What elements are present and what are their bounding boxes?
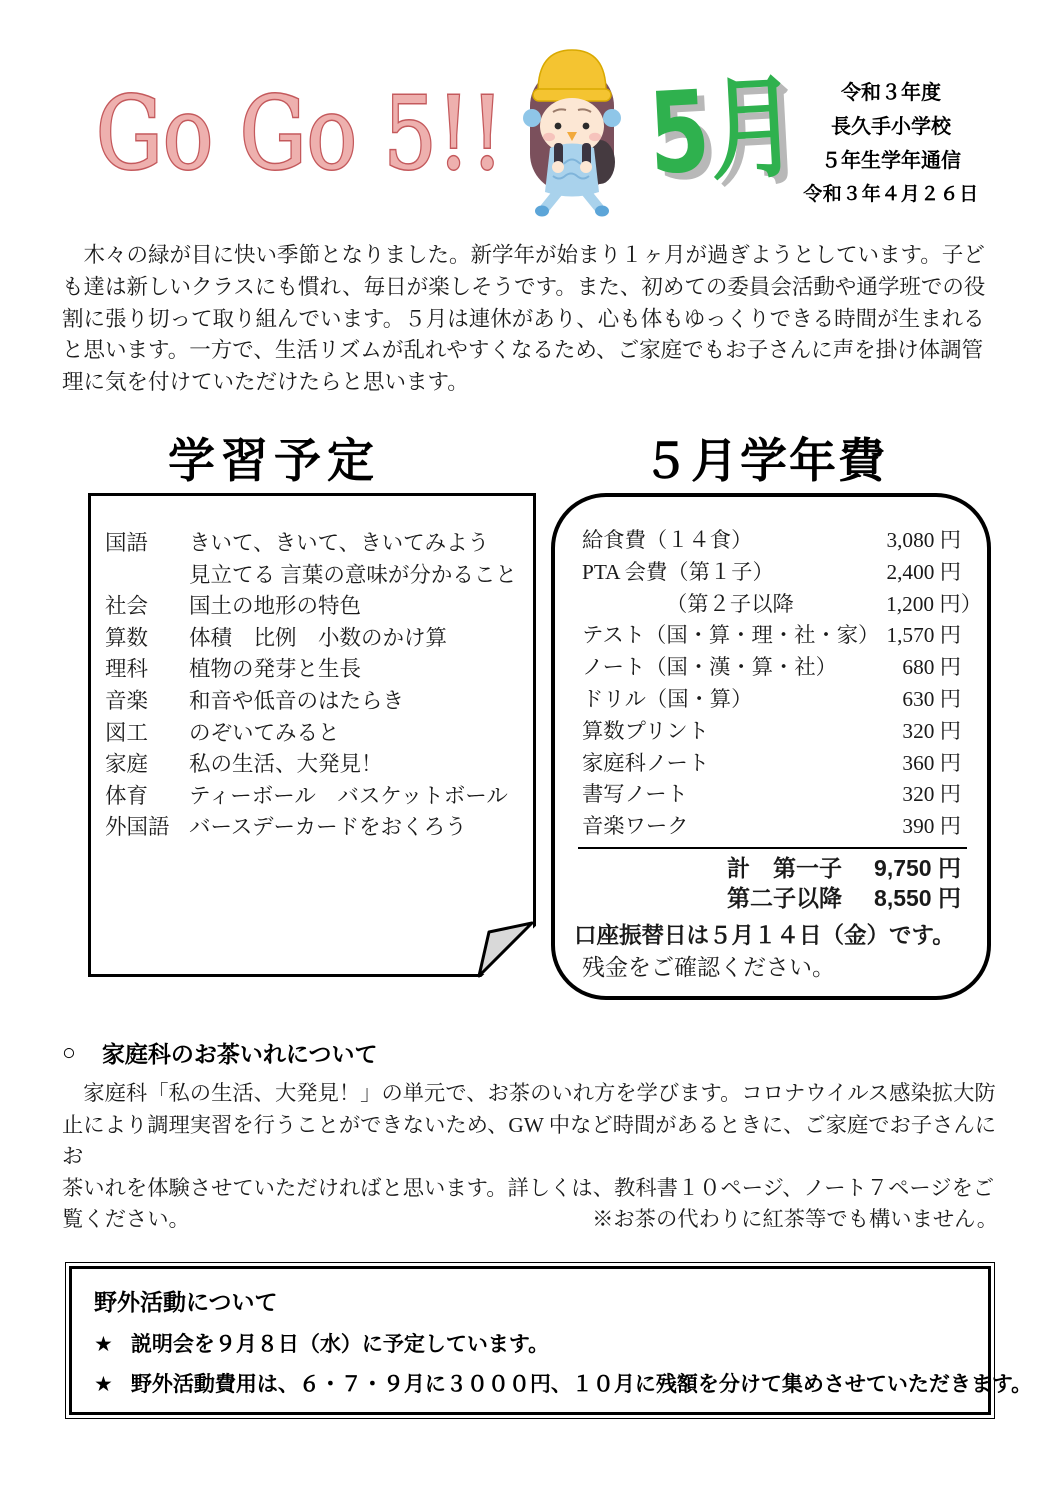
newsletter-page: Go Go 5!! 5月 5月 令和３年度 長久手小学校 ５年生学年 xyxy=(0,0,1058,1497)
fee-row: （第２子以降1,200 円） xyxy=(582,589,961,621)
study-row: 理科植物の発芽と生長 xyxy=(105,654,527,686)
tea-line: 覧ください。 xyxy=(62,1204,190,1236)
fee-row: 音楽ワーク390 円 xyxy=(582,811,961,843)
fees-section-title: ５月学年費 xyxy=(642,424,887,491)
outdoor-bullets: ★ 説明会を９月８日（水）に予定しています。 ★ 野外活動費用は、６・７・９月に… xyxy=(94,1325,966,1405)
subject-content: 体積 比例 小数のかけ算 xyxy=(189,623,447,655)
fees-box: 給食費（１４食）3,080 円 PTA 会費（第１子）2,400 円 （第２子以… xyxy=(551,493,991,1000)
newsletter-name-line: ５年生学年通信 xyxy=(786,144,996,178)
mascot-hat-crown xyxy=(538,50,606,92)
subject-content: 私の生活、大発見！ xyxy=(189,749,383,781)
fee-row: PTA 会費（第１子）2,400 円 xyxy=(582,557,961,589)
fee-amount: 320 円 xyxy=(902,779,961,811)
fee-row: ドリル（国・算）630 円 xyxy=(582,684,961,716)
tea-line: 家庭科「私の生活、大発見！」の単元で、お茶のいれ方を学びます。コロナウイルス感染… xyxy=(62,1078,998,1110)
study-row: 見立てる 言葉の意味が分かること xyxy=(105,560,527,592)
study-row: 国語きいて、きいて、きいてみよう xyxy=(105,528,527,560)
month-badge: 5月 5月 xyxy=(640,56,810,208)
subject-label: 社会 xyxy=(105,591,189,623)
tea-section-heading: ○ 家庭科のお茶いれについて xyxy=(62,1036,998,1069)
intro-paragraph: 木々の緑が目に快い季節となりました。新学年が始まり１ヶ月が過ぎようとしています。… xyxy=(62,240,998,399)
fee-row: ノート（国・漢・算・社）680 円 xyxy=(582,652,961,684)
star-icon: ★ xyxy=(94,1365,113,1405)
mascot-cheek-right xyxy=(589,133,601,141)
bullet-row: ★ 野外活動費用は、６・７・９月に３０００円、１０月に残額を分けて集めさせていた… xyxy=(94,1365,966,1405)
subject-content: のぞいてみると xyxy=(189,718,340,750)
intro-line: と思います。一方で、生活リズムが乱れやすくなるため、ご家庭でもお子さんに声を掛け… xyxy=(62,335,998,367)
fee-label: 音楽ワーク xyxy=(582,811,689,843)
fee-label: ドリル（国・算） xyxy=(582,684,752,716)
subject-label: 家庭 xyxy=(105,749,189,781)
school-year-line: 令和３年度 xyxy=(786,76,996,110)
fee-amount: 360 円 xyxy=(902,748,961,780)
study-plan-box: 国語きいて、きいて、きいてみよう 見立てる 言葉の意味が分かること 社会国土の地… xyxy=(88,493,536,977)
subject-content: バースデーカードをおくろう xyxy=(189,812,467,844)
fee-label: ノート（国・漢・算・社） xyxy=(582,652,837,684)
girl-mascot-illustration xyxy=(498,40,646,218)
tea-section-body: 家庭科「私の生活、大発見！」の単元で、お茶のいれ方を学びます。コロナウイルス感染… xyxy=(62,1078,998,1236)
circle-marker-icon: ○ xyxy=(62,1039,76,1066)
intro-line: 割に張り切って取り組んでいます。５月は連休があり、心も体もゆっくりできる時間が生… xyxy=(62,304,998,336)
fee-label: 算数プリント xyxy=(582,716,709,748)
study-plan-title: 学習予定 xyxy=(168,424,380,491)
month-badge-text: 5月 xyxy=(646,62,801,200)
total-amount: 9,750 円 xyxy=(874,853,961,883)
fee-label: テスト（国・算・理・社・家） xyxy=(582,620,879,652)
subject-label: 図工 xyxy=(105,718,189,750)
intro-line: も達は新しいクラスにも慣れ、毎日が楽しそうです。また、初めての委員会活動や通学班… xyxy=(62,272,998,304)
subject-label: 体育 xyxy=(105,781,189,813)
subject-label: 外国語 xyxy=(105,812,189,844)
fee-amount: 390 円 xyxy=(902,811,961,843)
fee-amount: 1,200 円） xyxy=(886,589,982,621)
mascot-eye-left xyxy=(555,123,562,130)
fees-total-separator xyxy=(578,845,967,849)
fee-label: 給食費（１４食） xyxy=(582,525,752,557)
mascot-shoe-left xyxy=(535,206,549,217)
fees-total-row: 第二子以降8,550 円 xyxy=(582,883,961,913)
study-row: 音楽和音や低音のはたらき xyxy=(105,686,527,718)
issue-date-line: 令和３年４月２６日 xyxy=(786,178,996,212)
gogo5-logo: Go Go 5!! xyxy=(88,60,518,200)
tea-section: ○ 家庭科のお茶いれについて 家庭科「私の生活、大発見！」の単元で、お茶のいれ方… xyxy=(62,1036,998,1236)
fee-label: 書写ノート xyxy=(582,779,688,811)
fee-amount: 320 円 xyxy=(902,716,961,748)
subject-label xyxy=(105,560,189,592)
outdoor-heading: 野外活動について xyxy=(94,1284,966,1317)
total-label: 第二子以降 xyxy=(727,883,842,913)
subject-content: 植物の発芽と生長 xyxy=(189,654,361,686)
subject-label: 理科 xyxy=(105,654,189,686)
total-label: 計 第一子 xyxy=(727,853,842,883)
study-row: 体育ティーボール バスケットボール xyxy=(105,781,527,813)
fee-row: 給食費（１４食）3,080 円 xyxy=(582,525,961,557)
school-info-block: 令和３年度 長久手小学校 ５年生学年通信 令和３年４月２６日 xyxy=(786,76,996,212)
fee-row: 家庭科ノート360 円 xyxy=(582,748,961,780)
balance-check-note: 残金をご確認ください。 xyxy=(582,951,961,983)
subject-label: 算数 xyxy=(105,623,189,655)
bullet-row: ★ 説明会を９月８日（水）に予定しています。 xyxy=(94,1325,966,1365)
subject-content: きいて、きいて、きいてみよう xyxy=(189,528,489,560)
tea-line: 茶いれを体験させていただければと思います。詳しくは、教科書１０ページ、ノート７ペ… xyxy=(62,1173,998,1205)
mascot-eye-right xyxy=(583,123,590,130)
fee-amount: 1,570 円 xyxy=(886,620,961,652)
fee-amount: 630 円 xyxy=(902,684,961,716)
total-amount: 8,550 円 xyxy=(874,883,961,913)
intro-line: 理に気を付けていただけたらと思います。 xyxy=(62,367,998,399)
mascot-hand-right xyxy=(580,161,592,173)
outdoor-activity-box-inner: 野外活動について ★ 説明会を９月８日（水）に予定しています。 ★ 野外活動費用… xyxy=(69,1266,991,1415)
page-curl-corner-icon xyxy=(468,913,540,981)
fee-amount: 2,400 円 xyxy=(886,557,961,589)
study-row: 算数体積 比例 小数のかけ算 xyxy=(105,623,527,655)
bullet-text: 野外活動費用は、６・７・９月に３０００円、１０月に残額を分けて集めさせていただき… xyxy=(131,1365,1032,1405)
tea-line: 止により調理実習を行うことができないため、GW 中など時間があるときに、ご家庭で… xyxy=(62,1110,998,1173)
fee-amount: 680 円 xyxy=(902,652,961,684)
intro-line: 木々の緑が目に快い季節となりました。新学年が始まり１ヶ月が過ぎようとしています。… xyxy=(62,240,998,272)
gogo5-logo-text: Go Go 5!! xyxy=(96,75,504,192)
study-row: 社会国土の地形の特色 xyxy=(105,591,527,623)
fee-label: PTA 会費（第１子） xyxy=(582,557,774,589)
mascot-hairtie-right xyxy=(603,109,621,127)
study-row: 家庭私の生活、大発見！ xyxy=(105,749,527,781)
subject-content: 国土の地形の特色 xyxy=(189,591,361,623)
bullet-text: 説明会を９月８日（水）に予定しています。 xyxy=(131,1325,549,1365)
study-row: 外国語バースデーカードをおくろう xyxy=(105,812,527,844)
school-name-line: 長久手小学校 xyxy=(786,110,996,144)
fee-row: 書写ノート320 円 xyxy=(582,779,961,811)
study-row: 図工のぞいてみると xyxy=(105,718,527,750)
mascot-shoe-right xyxy=(595,206,609,217)
subject-label: 音楽 xyxy=(105,686,189,718)
mascot-leg-left xyxy=(545,192,558,208)
mascot-hand-left xyxy=(552,161,564,173)
fee-row: テスト（国・算・理・社・家）1,570 円 xyxy=(582,620,961,652)
tea-side-note: ※お茶の代わりに紅茶等でも構いません。 xyxy=(592,1204,998,1236)
mascot-cheek-left xyxy=(543,133,555,141)
subject-label: 国語 xyxy=(105,528,189,560)
fee-label: （第２子以降 xyxy=(582,589,794,621)
mascot-leg-right xyxy=(586,192,599,208)
debit-date-note: 口座振替日は５月１４日（金）です。 xyxy=(574,920,985,951)
subject-content: 和音や低音のはたらき xyxy=(189,686,404,718)
fee-row: 算数プリント320 円 xyxy=(582,716,961,748)
fee-amount: 3,080 円 xyxy=(886,525,961,557)
tea-last-line: 覧ください。 ※お茶の代わりに紅茶等でも構いません。 xyxy=(62,1204,998,1236)
study-plan-rows: 国語きいて、きいて、きいてみよう 見立てる 言葉の意味が分かること 社会国土の地… xyxy=(91,496,533,844)
subject-content: ティーボール バスケットボール xyxy=(189,781,508,813)
fee-label: 家庭科ノート xyxy=(582,748,709,780)
subject-content: 見立てる 言葉の意味が分かること xyxy=(189,560,517,592)
tea-heading-text: 家庭科のお茶いれについて xyxy=(102,1036,378,1069)
mascot-hairtie-left xyxy=(523,109,541,127)
fees-total-row: 計 第一子9,750 円 xyxy=(582,853,961,883)
outdoor-activity-box: 野外活動について ★ 説明会を９月８日（水）に予定しています。 ★ 野外活動費用… xyxy=(65,1262,995,1419)
star-icon: ★ xyxy=(94,1325,113,1365)
